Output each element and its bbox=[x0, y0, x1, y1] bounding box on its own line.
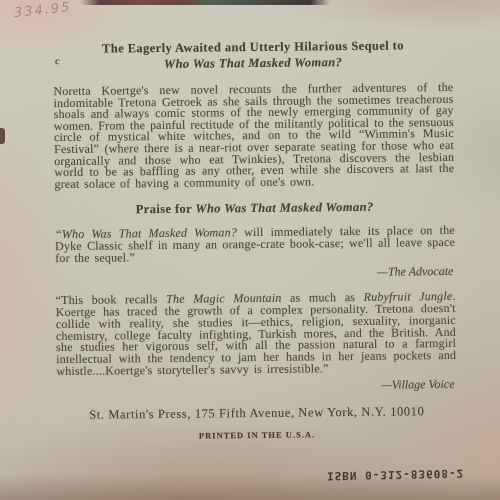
printed-in-usa: PRINTED IN THE U.S.A. bbox=[57, 428, 457, 442]
left-edge-speck bbox=[0, 128, 5, 144]
praise-book-title: Who Was That Masked Woman? bbox=[195, 200, 373, 216]
book-back-cover: 334.95 c The Eagerly Awaited and Utterly… bbox=[0, 0, 500, 500]
village-voice-quote: “This book recalls The Magic Mountain as… bbox=[56, 291, 457, 377]
praise-heading: Praise for Who Was That Masked Woman? bbox=[55, 199, 455, 218]
village-voice-attribution: —Village Voice bbox=[56, 377, 454, 396]
top-edge-color-strip bbox=[0, 0, 500, 5]
stray-printers-mark: c bbox=[55, 56, 60, 67]
cover-text-block: c The Eagerly Awaited and Utterly Hilari… bbox=[53, 38, 457, 443]
advocate-quote: “Who Was That Masked Woman? will immedia… bbox=[55, 225, 455, 264]
headline-line1: The Eagerly Awaited and Utterly Hilariou… bbox=[102, 38, 404, 55]
sequel-headline: c The Eagerly Awaited and Utterly Hilari… bbox=[53, 38, 453, 73]
publisher-address: St. Martin's Press, 175 Fifth Avenue, Ne… bbox=[57, 404, 457, 423]
praise-prefix: Praise for bbox=[136, 202, 196, 217]
headline-book-title: Who Was That Masked Woman? bbox=[53, 54, 453, 73]
advocate-attribution: —The Advocate bbox=[55, 264, 453, 283]
synopsis-paragraph: Noretta Koertge's new novel recounts the… bbox=[53, 82, 454, 191]
